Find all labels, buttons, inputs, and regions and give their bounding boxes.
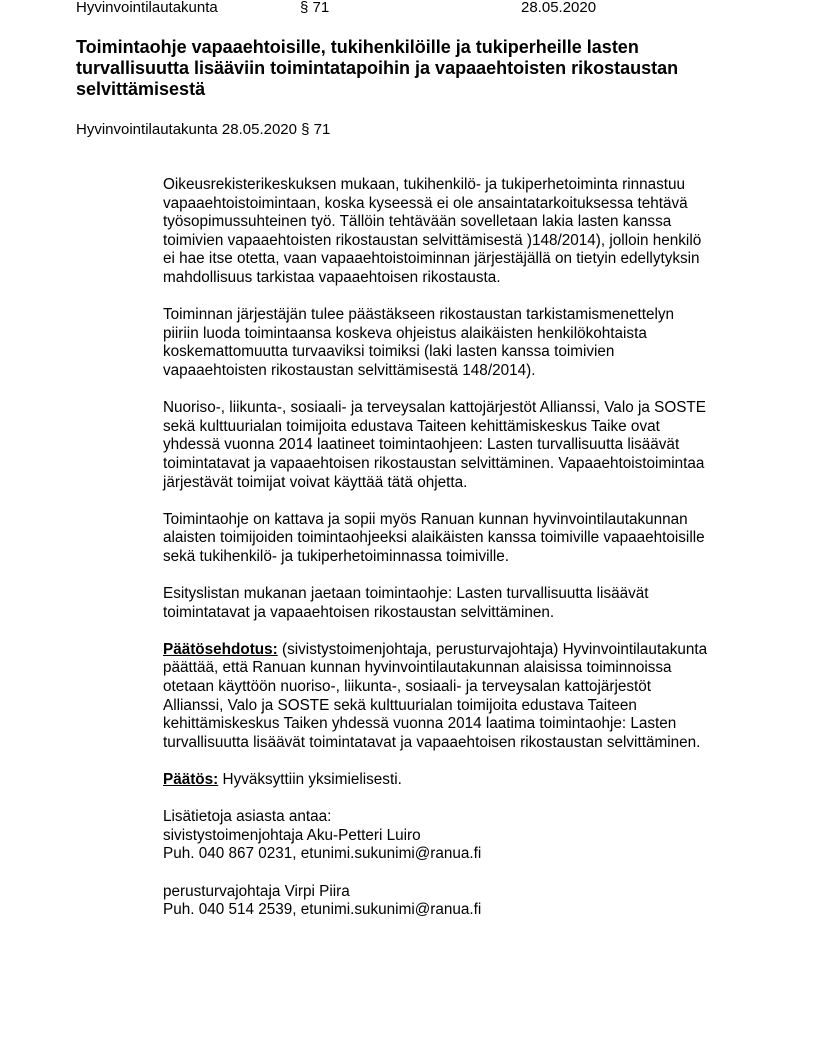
header-section: § 71 — [300, 0, 329, 18]
header-date: 28.05.2020 — [521, 0, 596, 18]
contact-block: perusturvajohtaja Virpi PiiraPuh. 040 51… — [163, 883, 763, 920]
paragraph: Oikeusrekisterikeskuksen mukaan, tukihen… — [163, 176, 763, 288]
contact-name: sivistystoimenjohtaja Aku-Petteri Luiro — [163, 827, 421, 844]
contact-details: Puh. 040 867 0231, etunimi.sukunimi@ranu… — [163, 845, 481, 862]
decision-label: Päätös: — [163, 771, 218, 788]
contact-details: Puh. 040 514 2539, etunimi.sukunimi@ranu… — [163, 901, 481, 918]
paragraph: Toiminnan järjestäjän tulee päästäkseen … — [163, 306, 763, 380]
contact-intro: Lisätietoja asiasta antaa: — [163, 808, 331, 825]
proposal-label: Päätösehdotus: — [163, 641, 278, 658]
document-body: Oikeusrekisterikeskuksen mukaan, tukihen… — [163, 176, 763, 938]
document-title: Toimintaohje vapaaehtoisille, tukihenkil… — [76, 37, 716, 100]
paragraph: Esityslistan mukanan jaetaan toimintaohj… — [163, 585, 763, 622]
decision: Päätös: Hyväksyttiin yksimielisesti. — [163, 771, 763, 790]
decision-text: Hyväksyttiin yksimielisesti. — [218, 771, 402, 788]
paragraph: Toimintaohje on kattava ja sopii myös Ra… — [163, 511, 763, 567]
proposal: Päätösehdotus: (sivistystoimenjohtaja, p… — [163, 641, 763, 753]
contact-block: Lisätietoja asiasta antaa:sivistystoimen… — [163, 808, 763, 864]
contact-name: perusturvajohtaja Virpi Piira — [163, 883, 350, 900]
meeting-reference: Hyvinvointilautakunta 28.05.2020 § 71 — [76, 120, 330, 140]
header-organization: Hyvinvointilautakunta — [76, 0, 218, 18]
paragraph: Nuoriso-, liikunta-, sosiaali- ja tervey… — [163, 399, 763, 492]
